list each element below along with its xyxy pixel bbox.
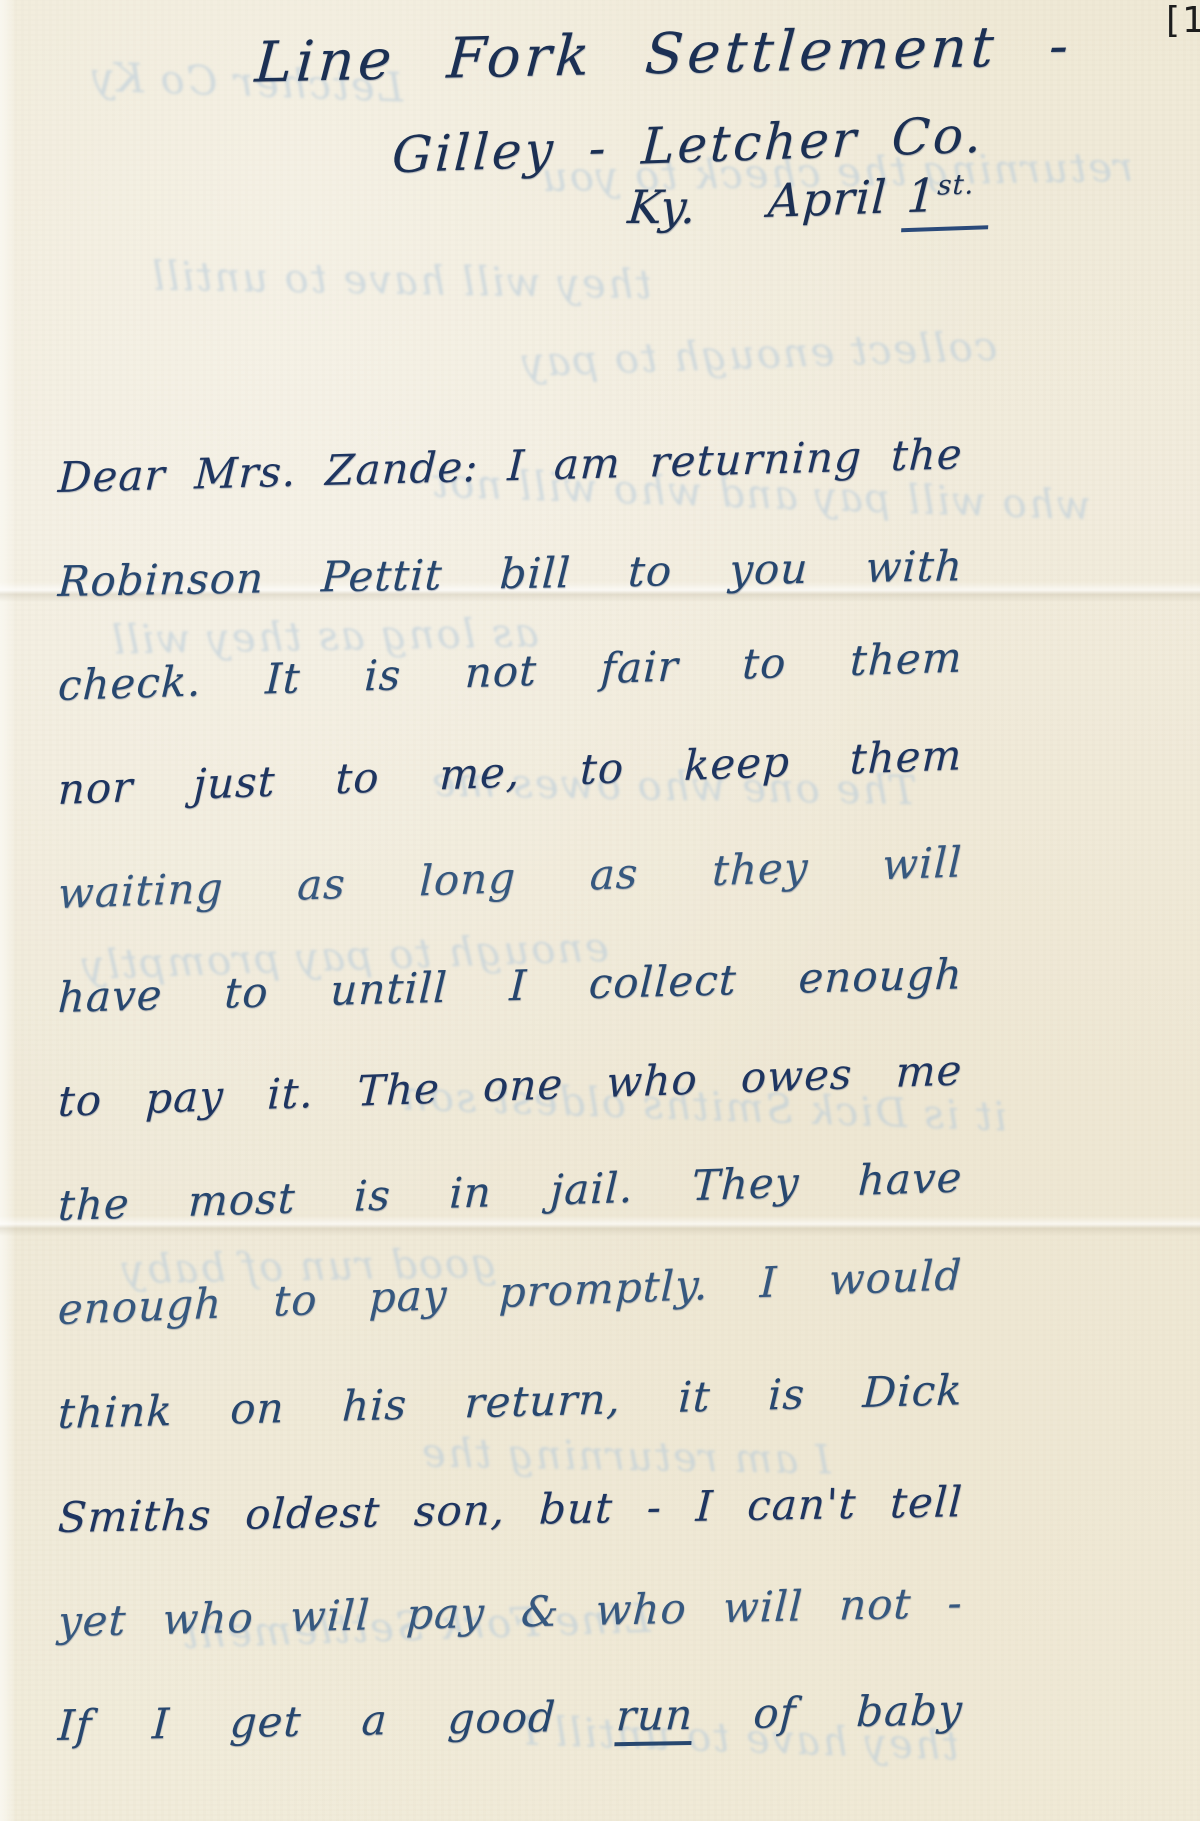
letter-line: Smiths oldest son, but - I can't tell <box>55 1450 965 1570</box>
letter-line: Dear Mrs. Zande: I am returning the <box>56 402 965 530</box>
date-day-number: 1 <box>905 168 938 223</box>
bleedthrough-text: they will have to untill <box>150 254 652 309</box>
letter-line: If I get a good run of baby <box>55 1658 965 1778</box>
date-month: April <box>767 170 889 228</box>
underlined-word: run <box>615 1690 695 1746</box>
letter-line: think on his return, it is Dick <box>56 1338 965 1466</box>
letter-text-post: of baby <box>752 1685 964 1738</box>
date-day: 1st. <box>901 166 992 232</box>
letter-text-pre: If I get a good <box>57 1692 558 1750</box>
letter-date: April 1st. <box>767 166 992 228</box>
date-ordinal-suffix: st. <box>937 167 976 201</box>
page-number-annotation: [1 <box>1166 0 1200 41</box>
letterhead-state: Ky. <box>626 180 700 234</box>
letterhead-settlement: Line Fork Settlement - <box>253 13 1074 95</box>
scan-edge <box>0 0 16 1821</box>
letter-page: Letcher Co Ky returning the check to you… <box>0 0 1200 1821</box>
letter-body: Dear Mrs. Zande: I am returning the Robi… <box>58 426 963 1778</box>
letter-line: yet who will pay & who will not - <box>55 1551 965 1674</box>
bleedthrough-text: collect enough to pay <box>519 324 998 387</box>
